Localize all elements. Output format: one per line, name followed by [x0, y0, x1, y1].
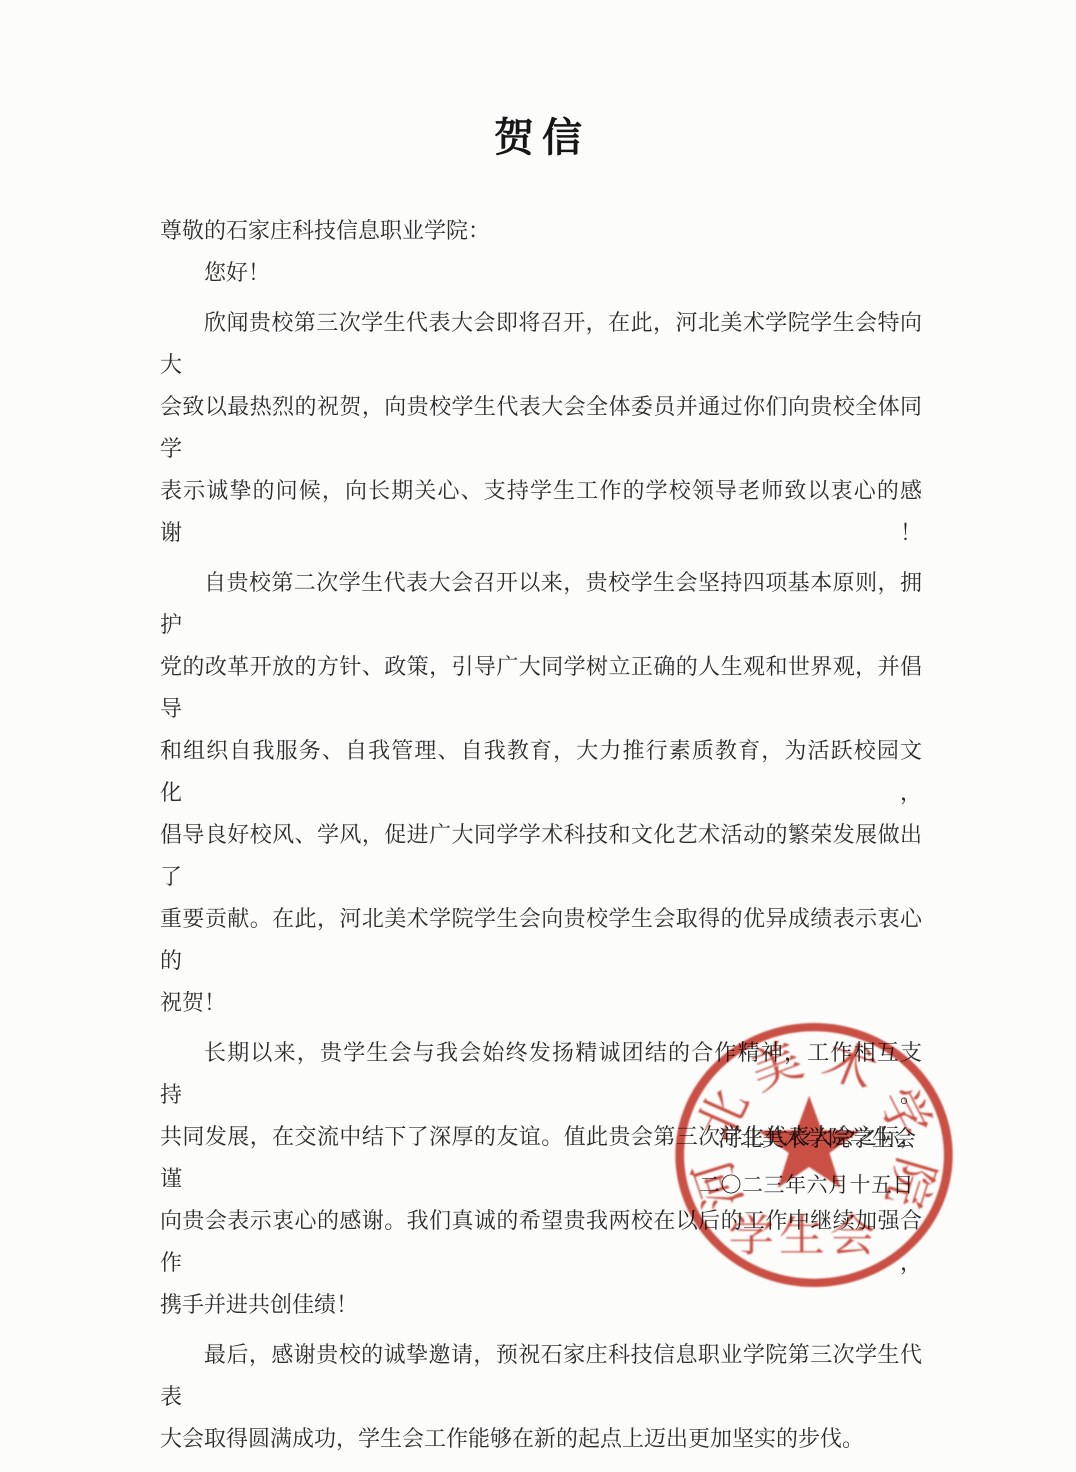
letter-greeting: 您好！: [160, 252, 922, 294]
letter-line: 会致以最热烈的祝贺，向贵校学生代表大会全体委员并通过你们向贵校全体同学: [160, 386, 922, 470]
letter-title: 贺信: [0, 106, 1076, 163]
letter-line: 重要贡献。在此，河北美术学院学生会向贵校学生会取得的优异成绩表示衷心的: [160, 898, 922, 982]
letter-line: 最后，感谢贵校的诚挚邀请，预祝石家庄科技信息职业学院第三次学生代表: [160, 1334, 922, 1418]
letter-line: 表示诚挚的问候，向长期关心、支持学生工作的学校领导老师致以衷心的感谢！: [160, 470, 922, 554]
letter-body: 尊敬的石家庄科技信息职业学院： 您好！ 欣闻贵校第三次学生代表大会即将召开，在此…: [160, 210, 922, 1460]
letter-line: 党的改革开放的方针、政策，引导广大同学树立正确的人生观和世界观，并倡导: [160, 646, 922, 730]
signature-organization: 河北美术学院学生会: [718, 1122, 916, 1153]
letter-line: 倡导良好校风、学风，促进广大同学学术科技和文化艺术活动的繁荣发展做出了: [160, 814, 922, 898]
signature-date: 二〇二三年六月十五日: [699, 1169, 914, 1199]
letter-line: 欣闻贵校第三次学生代表大会即将召开，在此，河北美术学院学生会特向大: [160, 302, 922, 386]
letter-line: 向贵会表示衷心的感谢。我们真诚的希望贵我两校在以后的工作中继续加强合作，: [160, 1200, 922, 1284]
congratulatory-letter-page: 贺信 尊敬的石家庄科技信息职业学院： 您好！ 欣闻贵校第三次学生代表大会即将召开…: [0, 0, 1076, 1472]
letter-line: 携手并进共创佳绩！: [160, 1284, 922, 1326]
letter-line: 和组织自我服务、自我管理、自我教育，大力推行素质教育，为活跃校园文化，: [160, 730, 922, 814]
letter-line: 自贵校第二次学生代表大会召开以来，贵校学生会坚持四项基本原则，拥护: [160, 562, 922, 646]
letter-line: 长期以来，贵学生会与我会始终发扬精诚团结的合作精神，工作相互支持。: [160, 1032, 922, 1116]
letter-recipient: 尊敬的石家庄科技信息职业学院：: [160, 210, 922, 252]
letter-line: 祝贺！: [160, 982, 922, 1024]
letter-line: 大会取得圆满成功，学生会工作能够在新的起点上迈出更加坚实的步伐。: [160, 1418, 922, 1460]
